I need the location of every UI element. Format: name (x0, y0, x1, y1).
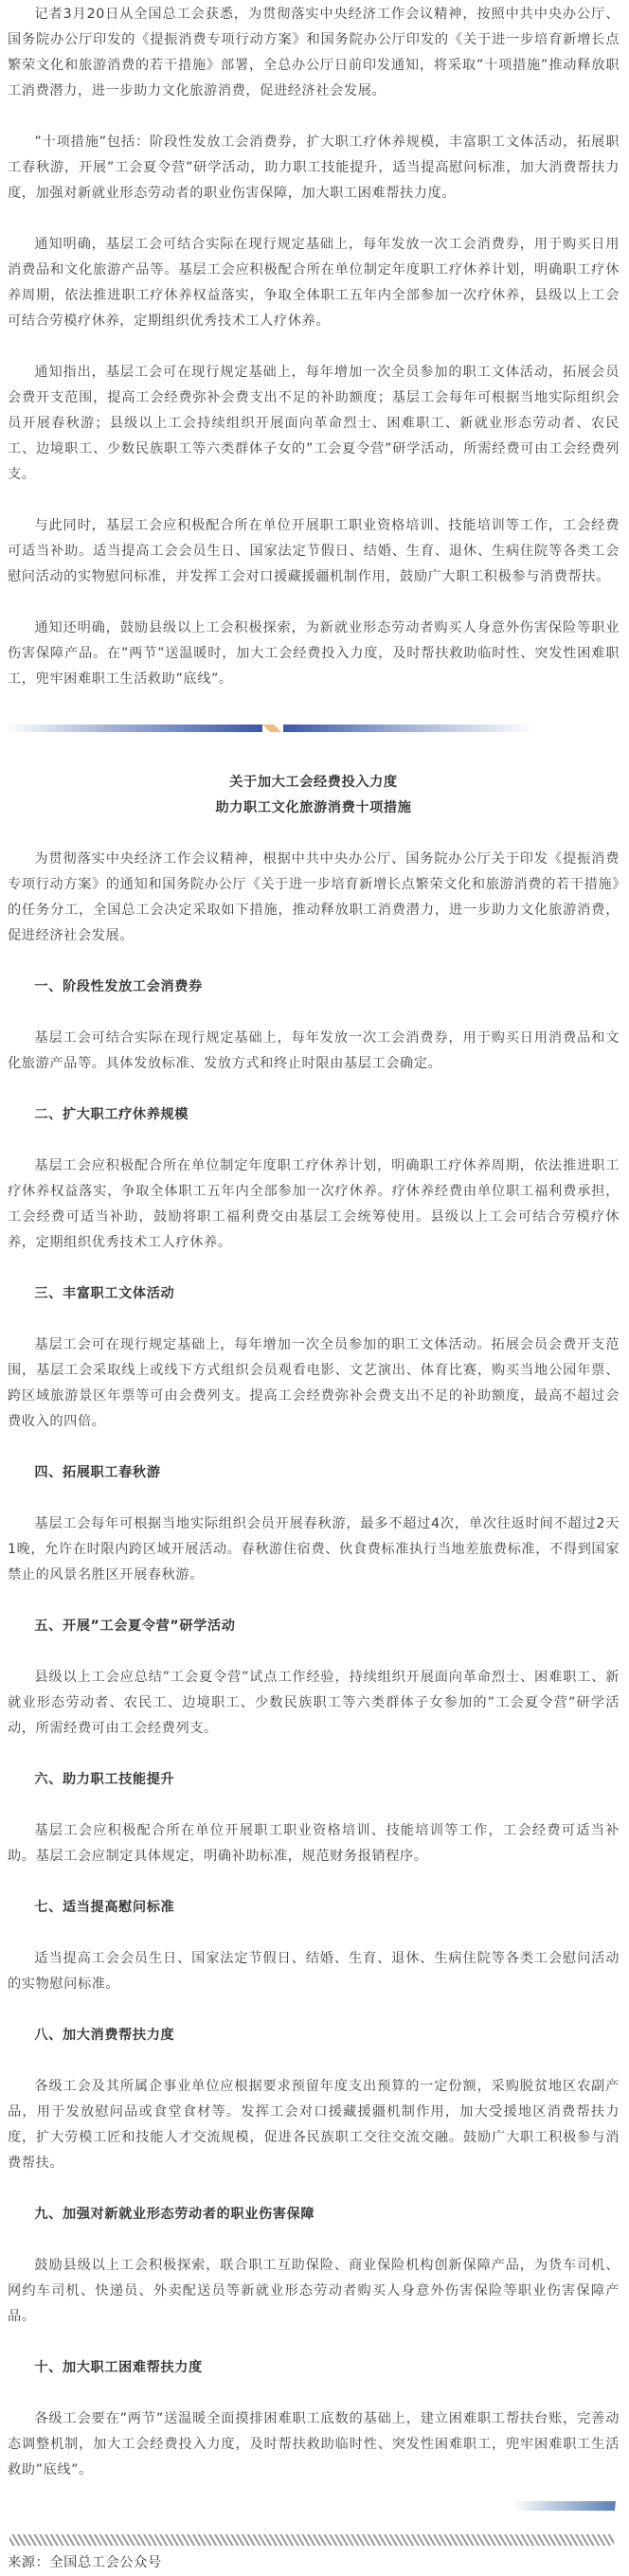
section-heading: 六、助力职工技能提升 (8, 1767, 620, 1793)
section-heading: 四、拓展职工春秋游 (8, 1460, 620, 1486)
section-10: 十、加大职工困难帮扶力度 各级工会要在”两节”送温暖全面摸排困难职工底数的基础上… (8, 2355, 620, 2483)
document-title: 关于加大工会经费投入力度 助力职工文化旅游消费十项措施 (8, 770, 620, 821)
intro-paragraph: 通知指出，基层工会可在现行规定基础上，每年增加一次全员参加的职工文体活动，拓展会… (8, 360, 620, 488)
section-body: 基层工会每年可根据当地实际组织会员开展春秋游，最多不超过4次，单次往返时间不超过… (8, 1512, 620, 1588)
section-body: 各级工会及其所属企事业单位应根据要求预留年度支出预算的一定份额，采购脱贫地区农副… (8, 2074, 620, 2176)
section-divider (5, 724, 535, 732)
document-title-line-2: 助力职工文化旅游消费十项措施 (8, 796, 620, 821)
divider-bar-right (283, 724, 535, 732)
section-heading: 一、阶段性发放工会消费券 (8, 975, 620, 1000)
section-heading: 八、加大消费帮扶力度 (8, 2023, 620, 2048)
section-9: 九、加强对新就业形态劳动者的职业伤害保障 鼓励县级以上工会积极探索，联合职工互助… (8, 2202, 620, 2330)
section-heading: 二、扩大职工疗休养规模 (8, 1102, 620, 1128)
section-body: 基层工会应积极配合所在单位开展职工职业资格培训、技能培训等工作，工会经费可适当补… (8, 1818, 620, 1869)
section-heading: 九、加强对新就业形态劳动者的职业伤害保障 (8, 2202, 620, 2227)
section-1: 一、阶段性发放工会消费券 基层工会可结合实际在现行规定基础上，每年发放一次工会消… (8, 975, 620, 1077)
section-heading: 七、适当提高慰问标准 (8, 1895, 620, 1921)
section-body: 适当提高工会会员生日、国家法定节假日、结婚、生育、退休、生病住院等各类工会慰问活… (8, 1946, 620, 1997)
article-body: 记者3月20日从全国总工会获悉，为贯彻落实中央经济工作会议精神，按照中共中央办公… (0, 0, 629, 2483)
section-heading: 五、开展”工会夏令营”研学活动 (8, 1614, 620, 1639)
intro-paragraph: 记者3月20日从全国总工会获悉，为贯彻落实中央经济工作会议精神，按照中共中央办公… (8, 2, 620, 104)
intro-paragraph: 通知还明确，鼓励县级以上工会积极探索，为新就业形态劳动者购买人身意外伤害保险等职… (8, 616, 620, 692)
section-body: 县级以上工会应总结”工会夏令营”试点工作经验，持续组织开展面向革命烈士、困难职工… (8, 1665, 620, 1742)
section-3: 三、丰富职工文体活动 基层工会可在现行规定基础上，每年增加一次全员参加的职工文体… (8, 1281, 620, 1435)
section-body: 各级工会要在”两节”送温暖全面摸排困难职工底数的基础上，建立困难职工帮扶台账，完… (8, 2406, 620, 2483)
document-title-line-1: 关于加大工会经费投入力度 (8, 770, 620, 796)
intro-paragraph: ”十项措施”包括：阶段性发放工会消费券，扩大职工疗休养规模，丰富职工文体活动，拓… (8, 130, 620, 206)
section-heading: 十、加大职工困难帮扶力度 (8, 2355, 620, 2381)
intro-paragraph: 通知明确，基层工会可结合实际在现行规定基础上，每年发放一次工会消费券，用于购买日… (8, 232, 620, 334)
section-7: 七、适当提高慰问标准 适当提高工会会员生日、国家法定节假日、结婚、生育、退休、生… (8, 1895, 620, 1997)
section-heading: 三、丰富职工文体活动 (8, 1281, 620, 1307)
intro-paragraph: 与此同时，基层工会应积极配合所在单位开展职工职业资格培训、技能培训等工作，工会经… (8, 513, 620, 590)
section-2: 二、扩大职工疗休养规模 基层工会应积极配合所在单位制定年度职工疗休养计划，明确职… (8, 1102, 620, 1256)
section-6: 六、助力职工技能提升 基层工会应积极配合所在单位开展职工职业资格培训、技能培训等… (8, 1767, 620, 1869)
section-8: 八、加大消费帮扶力度 各级工会及其所属企事业单位应根据要求预留年度支出预算的一定… (8, 2023, 620, 2176)
section-body: 基层工会可结合实际在现行规定基础上，每年发放一次工会消费券，用于购买日用消费品和… (8, 1026, 620, 1077)
section-body: 基层工会应积极配合所在单位制定年度职工疗休养计划，明确职工疗休养周期，依法推进职… (8, 1154, 620, 1256)
divider-accent-slash (262, 724, 283, 732)
end-gradient-bar (512, 2501, 616, 2511)
section-body: 鼓励县级以上工会积极探索，联合职工互助保险、商业保险机构创新保障产品，为货车司机… (8, 2253, 620, 2330)
divider-bar-left (5, 724, 262, 732)
section-4: 四、拓展职工春秋游 基层工会每年可根据当地实际组织会员开展春秋游，最多不超过4次… (8, 1460, 620, 1588)
hatched-divider (9, 2534, 614, 2546)
end-decoration (0, 2501, 629, 2513)
section-body: 基层工会可在现行规定基础上，每年增加一次全员参加的职工文体活动。拓展会员会费开支… (8, 1333, 620, 1435)
source-credit: 来源：全国总工会公众号 (8, 2550, 629, 2576)
document-preamble: 为贯彻落实中央经济工作会议精神，根据中共中央办公厅、国务院办公厅关于印发《提振消… (8, 847, 620, 949)
section-5: 五、开展”工会夏令营”研学活动 县级以上工会应总结”工会夏令营”试点工作经验，持… (8, 1614, 620, 1742)
